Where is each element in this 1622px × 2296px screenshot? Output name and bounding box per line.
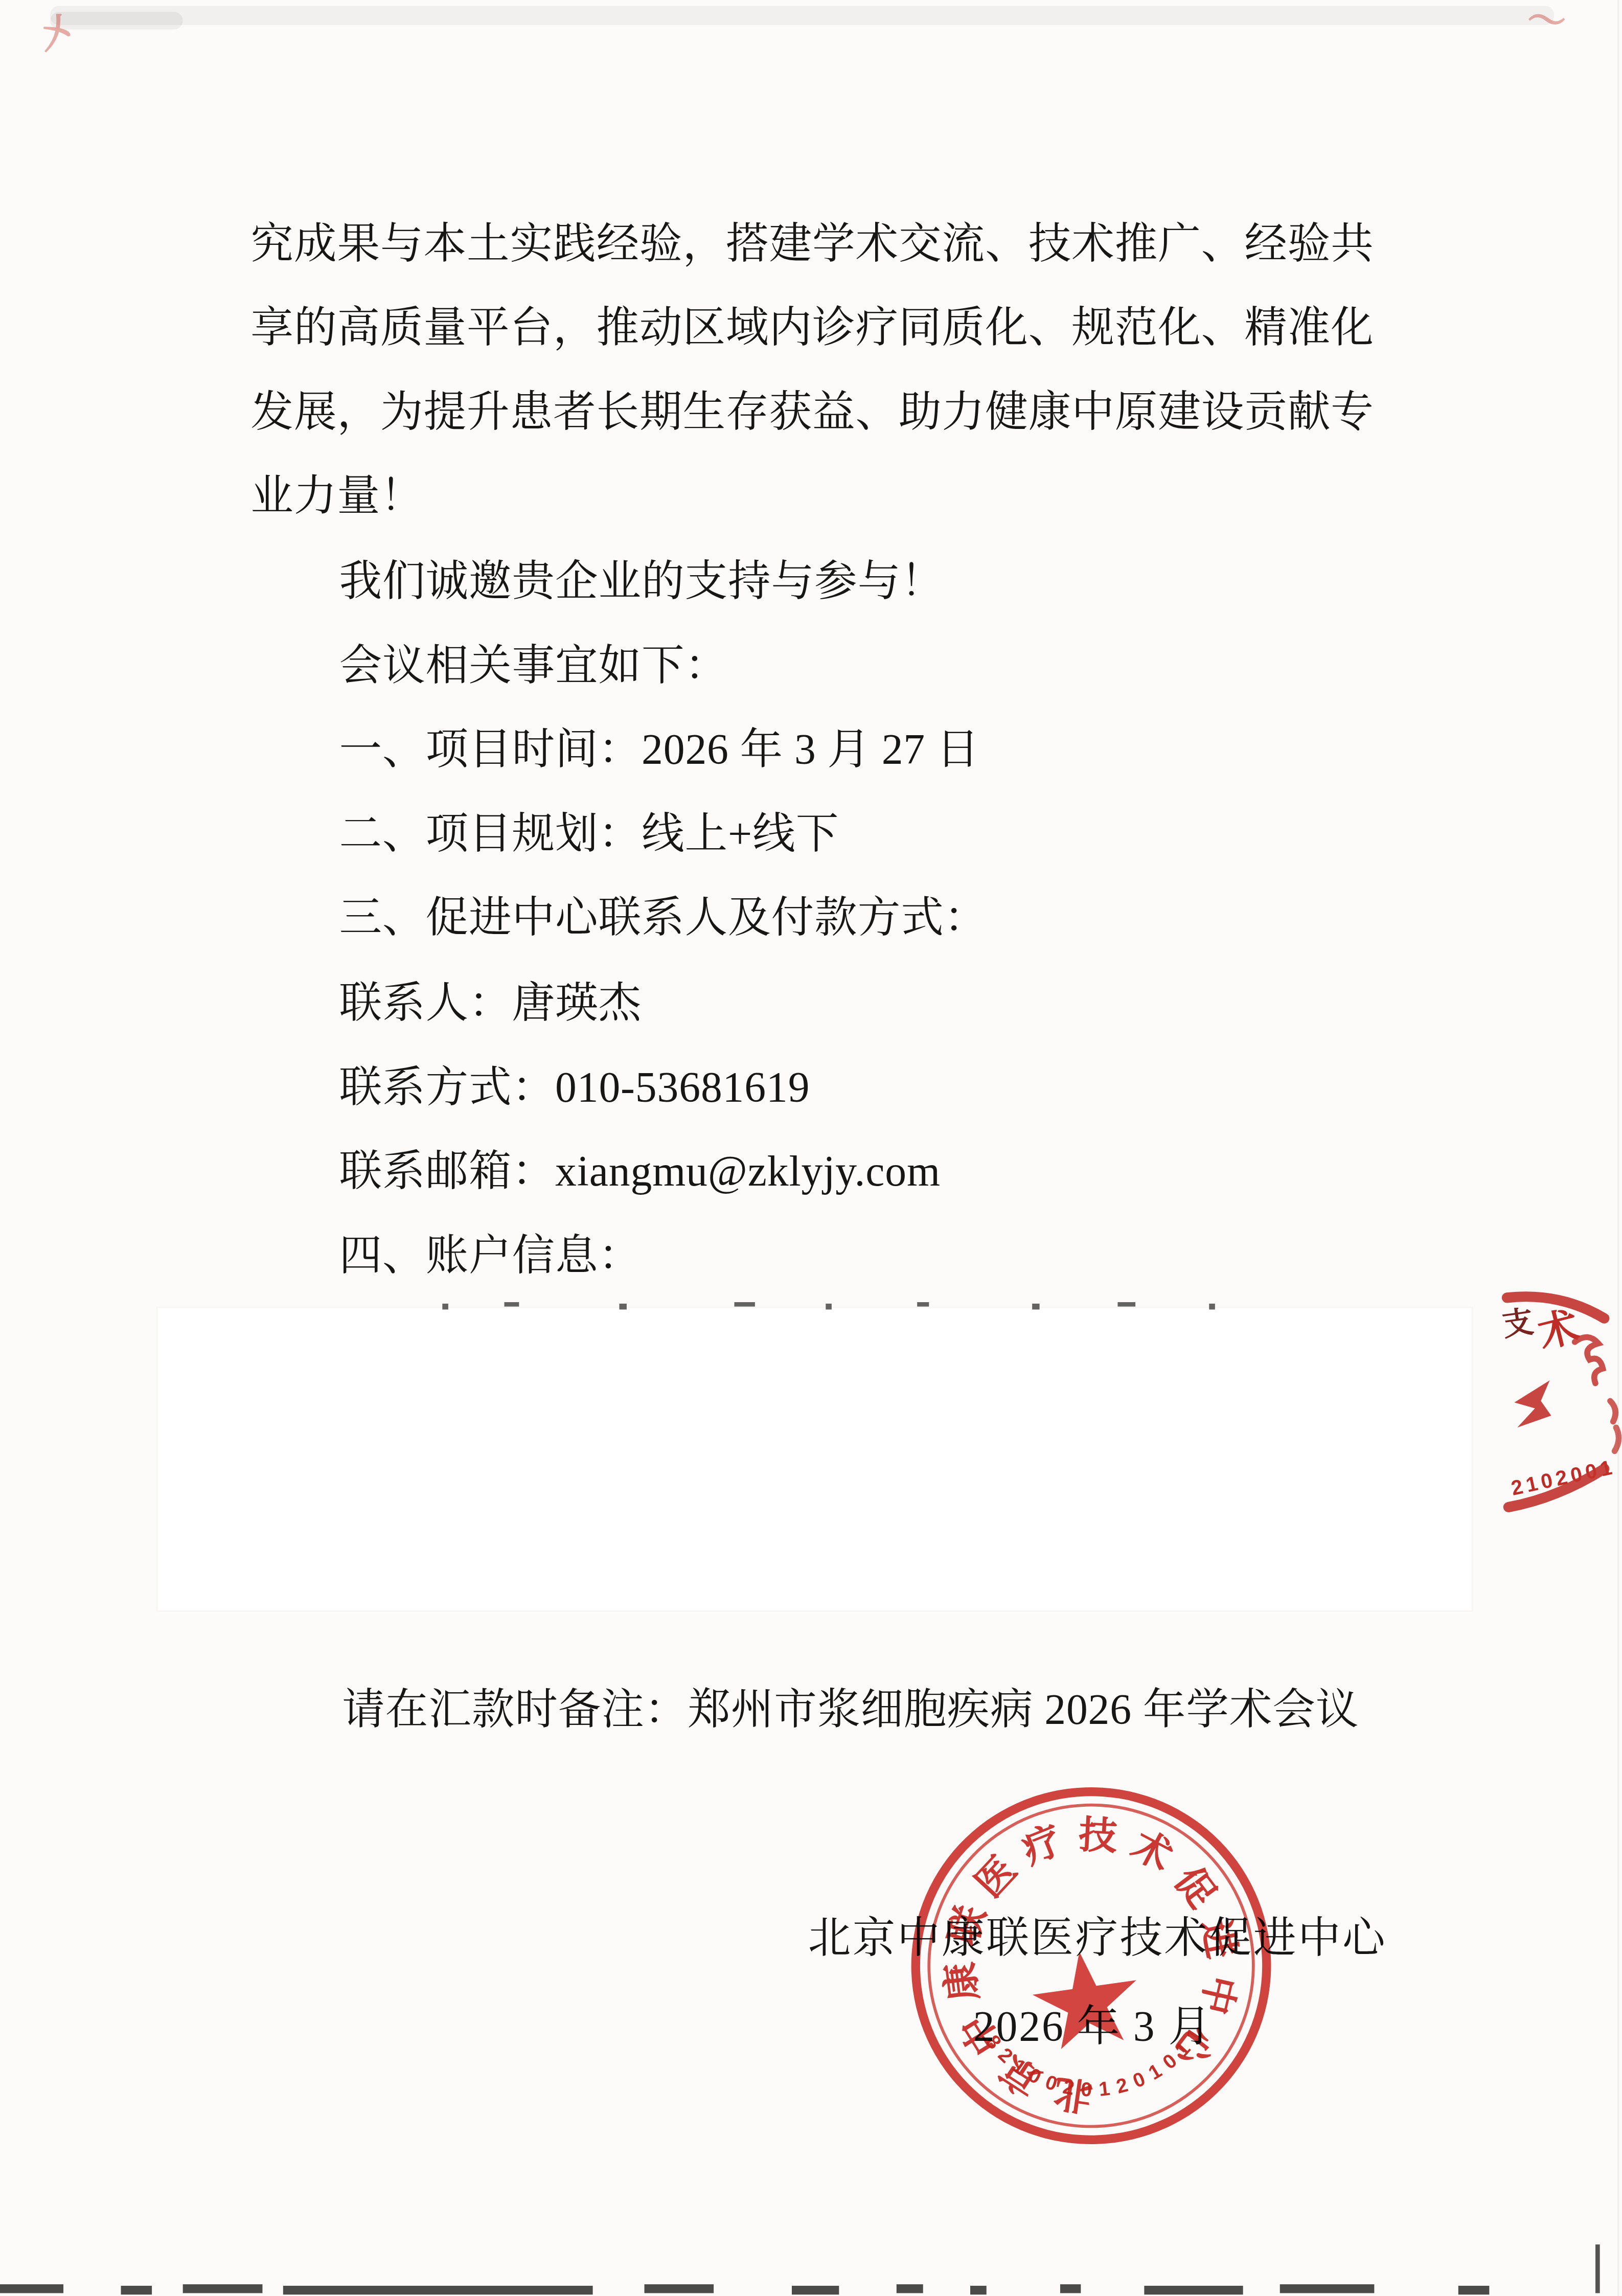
body-line-10-contact-name: 联系人：唐瑛杰 — [339, 970, 642, 1031]
scan-corner-mark-right: 〜 — [1525, 0, 1569, 48]
scan-top-band — [50, 6, 1554, 25]
redacted-account-block — [158, 1308, 1472, 1610]
body-line-5: 我们诚邀贵企业的支持与参与！ — [339, 549, 944, 609]
body-line-11-contact-phone: 联系方式：010-53681619 — [339, 1054, 810, 1115]
edge-stamp-char-1: 支 — [1500, 1305, 1536, 1343]
body-line-6: 会议相关事宜如下： — [339, 632, 728, 693]
body-line-4: 业力量！ — [250, 463, 423, 524]
seal-ring-char: 康 — [930, 1960, 989, 2004]
seal-serial-char: 1 — [1098, 2077, 1111, 2100]
body-line-7-project-time: 一、项目时间：2026 年 3 月 27 日 — [339, 717, 979, 777]
remittance-note: 请在汇款时备注：郑州市浆细胞疾病 2026 年学术会议 — [342, 1677, 1359, 1737]
body-line-13-account-heading: 四、账户信息： — [339, 1222, 642, 1283]
edge-stamp-edge-fragment-1 — [1610, 1401, 1615, 1421]
scan-bottom-right-tick — [1595, 2244, 1600, 2293]
edge-stamp-edge-fragment-2 — [1615, 1427, 1619, 1451]
body-line-8-project-plan: 二、项目规划：线上+线下 — [339, 801, 839, 861]
body-line-2: 享的高质量平台，推动区域内诊疗同质化、规范化、精准化 — [250, 295, 1374, 355]
body-line-12-contact-email: 联系邮箱：xiangmu@zklyjy.com — [339, 1139, 941, 1199]
body-line-9-contact-heading: 三、促进中心联系人及付款方式： — [339, 885, 987, 945]
edge-stamp: 支 术 2102001 — [1492, 1274, 1622, 1621]
scale-wrapper: 〤 〜 究成果与本土实践经验，搭建学术交流、技术推广、经验共 享的高质量平台，推… — [0, 0, 1622, 2296]
scanned-letter-page: 〤 〜 究成果与本土实践经验，搭建学术交流、技术推广、经验共 享的高质量平台，推… — [0, 0, 1622, 2296]
edge-stamp-star-fragment — [1514, 1380, 1551, 1427]
body-line-3: 发展，为提升患者长期生存获益、助力健康中原建设贡献专 — [250, 379, 1374, 439]
scan-right-edge-line — [1617, 0, 1619, 2296]
seal-ring-char: 技 — [1078, 1805, 1119, 1862]
official-seal: 北京中康联医疗技术促进中心 11010210200128 — [905, 1781, 1277, 2150]
edge-stamp-char-2: 术 — [1534, 1304, 1583, 1356]
seal-serial-char: 0 — [1081, 2078, 1092, 2101]
body-line-1: 究成果与本土实践经验，搭建学术交流、技术推广、经验共 — [250, 211, 1374, 271]
